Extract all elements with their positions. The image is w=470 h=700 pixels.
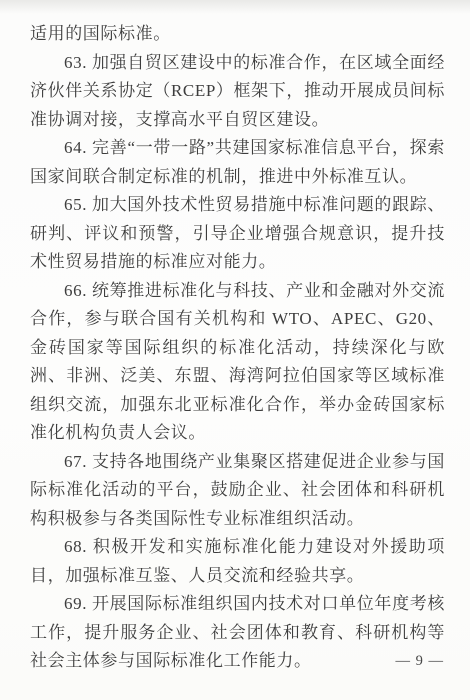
page-number: — 9 — — [396, 653, 445, 670]
paragraph-item-65: 65. 加大国外技术性贸易措施中标准问题的跟踪、研判、评议和预警，引导企业增强合… — [30, 191, 445, 277]
document-page: 适用的国际标准。 63. 加强自贸区建设中的标准合作，在区域全面经济伙伴关系协定… — [0, 0, 470, 700]
paragraph-item-68: 68. 积极开发和实施标准化能力建设对外援助项目，加强标准互鉴、人员交流和经验共… — [30, 533, 445, 590]
paragraph-item-64: 64. 完善“一带一路”共建国家标准信息平台，探索国家间联合制定标准的机制，推进… — [30, 134, 445, 191]
paragraph-item-66: 66. 统筹推进标准化与科技、产业和金融对外交流合作，参与联合国有关机构和 WT… — [30, 277, 445, 448]
paragraph-continuation: 适用的国际标准。 — [30, 20, 445, 49]
paragraph-item-67: 67. 支持各地围绕产业集聚区搭建促进企业参与国际标准化活动的平台，鼓励企业、社… — [30, 448, 445, 534]
paragraph-item-63: 63. 加强自贸区建设中的标准合作，在区域全面经济伙伴关系协定（RCEP）框架下… — [30, 49, 445, 135]
document-body: 适用的国际标准。 63. 加强自贸区建设中的标准合作，在区域全面经济伙伴关系协定… — [30, 20, 445, 676]
paragraph-item-69: 69. 开展国际标准组织国内技术对口单位年度考核工作，提升服务企业、社会团体和教… — [30, 590, 445, 676]
